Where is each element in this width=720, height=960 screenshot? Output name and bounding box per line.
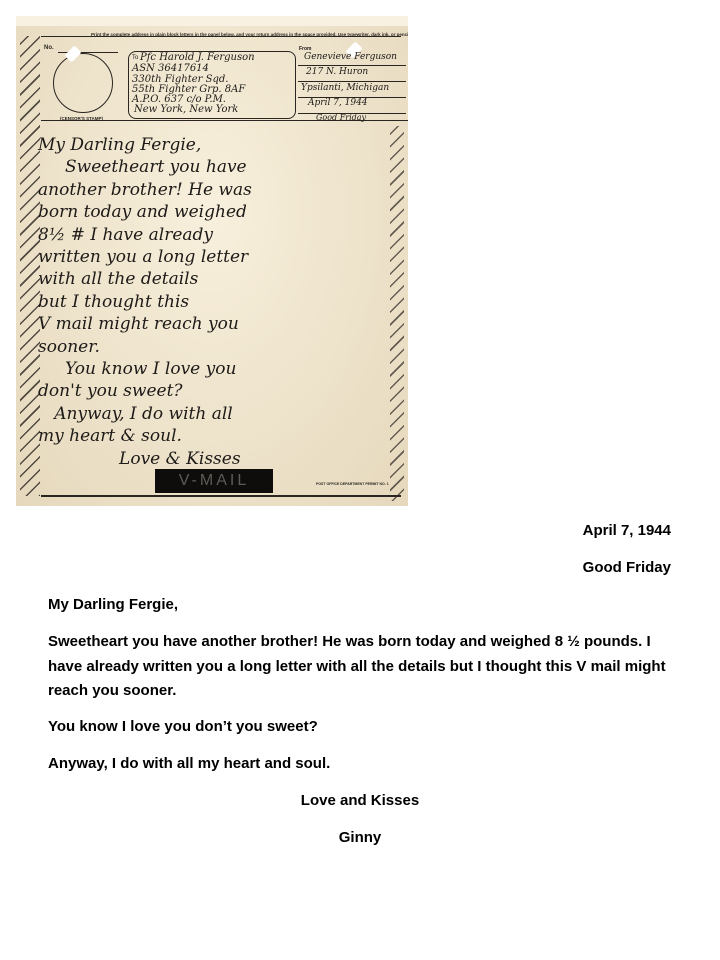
- scanned-vmail-letter: Print the complete address in plain bloc…: [16, 16, 408, 506]
- handwritten-line: but I thought this: [38, 291, 398, 313]
- handwritten-line: with all the details: [38, 268, 398, 290]
- handwritten-line: another brother! He was: [38, 179, 398, 201]
- handwritten-line: my heart & soul.: [38, 425, 398, 447]
- handwritten-line: sooner.: [38, 336, 398, 358]
- post-office-form-label: POST OFFICE DEPARTMENT PERMIT NO. 1: [316, 482, 389, 486]
- form-instructions: Print the complete address in plain bloc…: [91, 32, 408, 37]
- handwritten-line: You know I love you: [38, 358, 398, 380]
- handwritten-line: don't you sweet?: [38, 380, 398, 402]
- letter-day: Good Friday: [583, 559, 671, 576]
- handwritten-line: V mail might reach you: [38, 313, 398, 335]
- handwritten-line: Love & Kisses: [38, 448, 398, 470]
- from-address-line: Good Friday: [316, 112, 366, 124]
- handwritten-line: My Darling Fergie,: [38, 134, 398, 156]
- censor-stamp-circle: [53, 53, 113, 113]
- handwritten-line: Sweetheart you have: [38, 156, 398, 178]
- from-address-line: April 7, 1944: [308, 97, 368, 109]
- handwritten-line: Anyway, I do with all: [38, 403, 398, 425]
- letter-paragraph: Anyway, I do with all my heart and soul.: [48, 755, 330, 772]
- handwritten-body: My Darling Fergie, Sweetheart you have a…: [38, 134, 398, 493]
- vmail-label-bar: V-MAIL: [155, 469, 273, 493]
- handwritten-line: born today and weighed: [38, 201, 398, 223]
- from-address-line: Genevieve Ferguson: [304, 51, 397, 63]
- scan-top-edge: [16, 16, 408, 26]
- handwritten-line: 8½ # I have already: [38, 224, 398, 246]
- hatch-border-left: [20, 36, 40, 496]
- letter-closing: Love and Kisses: [0, 792, 720, 809]
- from-address-line: 217 N. Huron: [306, 66, 368, 78]
- from-address-line: Ypsilanti, Michigan: [301, 82, 389, 94]
- letter-paragraph: Sweetheart you have another brother! He …: [48, 630, 668, 704]
- form-separator: [41, 120, 408, 121]
- to-address-line: New York, New York: [134, 104, 238, 116]
- letter-date: April 7, 1944: [583, 522, 671, 539]
- letter-signature: Ginny: [0, 829, 720, 846]
- letter-paragraph: You know I love you don’t you sweet?: [48, 718, 318, 735]
- handwritten-line: written you a long letter: [38, 246, 398, 268]
- letter-salutation: My Darling Fergie,: [48, 596, 178, 613]
- form-no-label: No.: [44, 45, 54, 51]
